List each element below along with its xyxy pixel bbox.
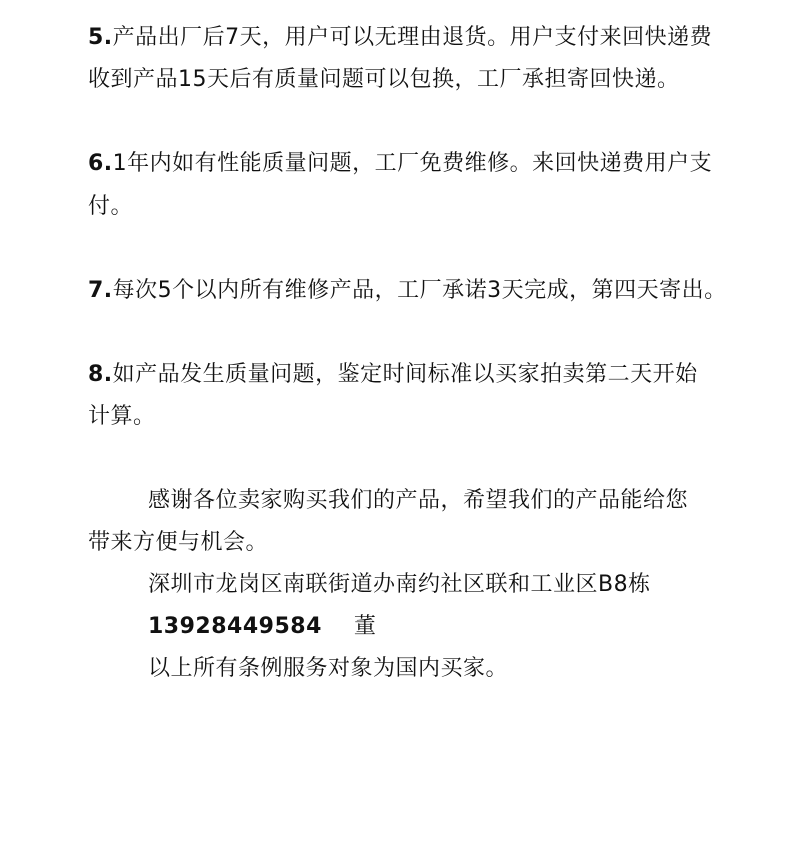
item-number: 7. [88,278,113,303]
item-text: 产品出厂后7天，用户可以无理由退货。用户支付来回快递费 [113,25,713,50]
item-8-line-1: 8.如产品发生质量问题，鉴定时间标准以买家拍卖第二天开始 [88,361,698,389]
contact-line: 13928449584董 [148,613,376,641]
item-7-line-1: 7.每次5个以内所有维修产品，工厂承诺3天完成，第四天寄出。 [88,277,727,305]
item-6-line-1: 6.1年内如有性能质量问题，工厂免费维修。来回快递费用户支 [88,150,712,178]
item-number: 5. [88,25,113,50]
address: 深圳市龙岗区南联街道办南约社区联和工业区B8栋 [148,571,651,599]
phone-number: 13928449584 [148,614,322,639]
item-5-line-2: 收到产品15天后有质量问题可以包换，工厂承担寄回快递。 [88,66,680,94]
item-6-line-2: 付。 [88,193,133,221]
contact-name: 董 [354,614,377,639]
item-8-line-2: 计算。 [88,403,156,431]
thanks-line-2: 带来方便与机会。 [88,529,268,557]
scope-note: 以上所有条例服务对象为国内买家。 [148,655,508,683]
item-5-line-1: 5.产品出厂后7天，用户可以无理由退货。用户支付来回快递费 [88,24,712,52]
item-text: 每次5个以内所有维修产品，工厂承诺3天完成，第四天寄出。 [113,278,727,303]
item-text: 如产品发生质量问题，鉴定时间标准以买家拍卖第二天开始 [113,362,698,387]
item-number: 6. [88,151,113,176]
thanks-line-1: 感谢各位卖家购买我们的产品，希望我们的产品能给您 [148,487,688,515]
item-text: 1年内如有性能质量问题，工厂免费维修。来回快递费用户支 [113,151,713,176]
item-number: 8. [88,362,113,387]
